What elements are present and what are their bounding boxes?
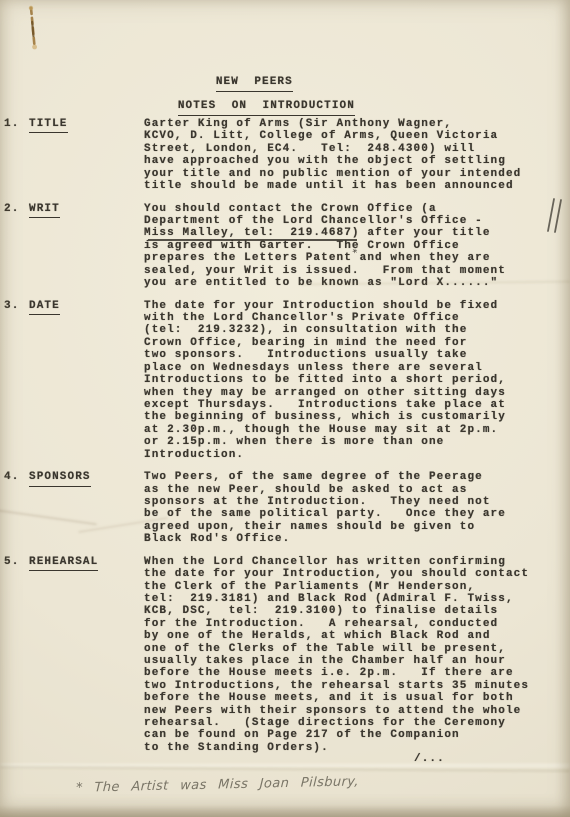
section-row: 1. TITLE Garter King of Arms (Sir Anthon… [0,118,570,192]
section-number: 4. [0,471,29,483]
section-number: 1. [0,118,29,130]
paper-crease [0,764,570,767]
double-slash-icon [541,195,567,237]
paper-bottom-shadow [0,805,570,817]
section-body-text: Two Peers, of the same degree of the Pee… [144,471,506,545]
section-label: DATE [29,300,144,315]
section-number: 2. [0,203,29,215]
section-row: 5. REHEARSAL When the Lord Chancellor ha… [0,556,570,755]
section-number: 5. [0,556,29,568]
section-number: 3. [0,300,29,312]
staple-rust-mark [22,2,46,63]
section-row: 2. WRIT You should contact the Crown Off… [0,203,570,290]
document-subtitle-text: NOTES ON INTRODUCTION [178,100,355,115]
sections-list: 1. TITLE Garter King of Arms (Sir Anthon… [0,118,570,764]
section-body-text: The date for your Introduction should be… [144,300,506,461]
section-label: REHEARSAL [29,556,144,571]
margin-tick-mark [541,195,567,242]
paper-crease [0,766,570,772]
section-body-text: Garter King of Arms (Sir Anthony Wagner,… [144,118,521,192]
malley-phone-underline [148,239,357,241]
handwritten-footnote: * The Artist was Miss Joan Pilsbury, [76,773,407,796]
section-label: WRIT [29,203,144,218]
section-row: 3. DATE The date for your Introduction s… [0,300,570,461]
section-row: 4. SPONSORS Two Peers, of the same degre… [0,471,570,545]
staple-rust-icon [22,2,46,58]
document-page: NEW PEERS NOTES ON INTRODUCTION 1. TITLE… [0,0,570,817]
section-body-text: You should contact the Crown Office (a D… [144,203,506,290]
section-body-text: When the Lord Chancellor has written con… [144,556,529,755]
section-label: TITLE [29,118,144,133]
continuation-mark: /... [414,753,445,765]
section-label: SPONSORS [29,471,144,486]
